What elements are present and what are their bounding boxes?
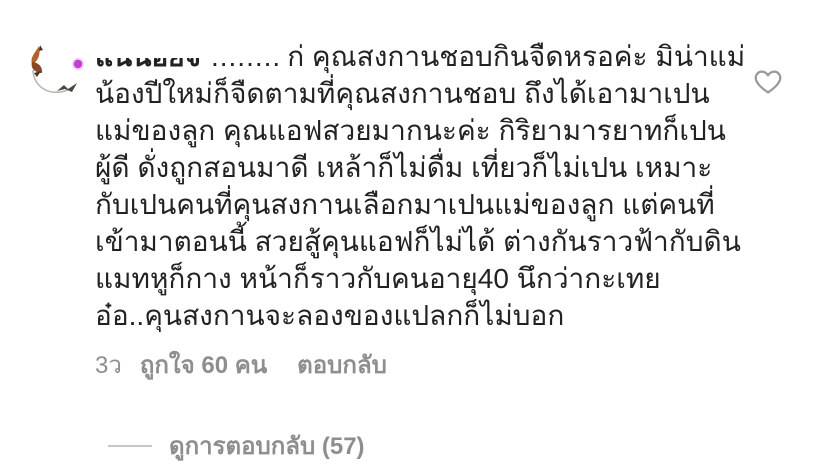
avatar-art-bird-brush-icon: [22, 42, 88, 108]
comment-line: แมทหูก็กาง หน้าก็ราวกับคนอายุ40 นึกว่ากะ…: [95, 260, 755, 297]
comment-text-block: แนนอยจ........ก่ คุณสงกานชอบกินจืดหรอค่ะ…: [95, 38, 755, 334]
reply-button[interactable]: ตอบกลับ: [297, 352, 387, 380]
comment-line: กับเปนคนที่คุนสงกานเลือกมาเปนแม่ของลูก แ…: [95, 186, 755, 223]
view-replies-button[interactable]: ดูการตอบกลับ (57): [95, 426, 755, 465]
comment-timestamp: 3ว: [95, 352, 122, 380]
comment-line: เข้ามาตอนนี้ สวยสู้คุนแอฟก็ไม่ได้ ต่างกั…: [95, 223, 755, 260]
heart-outline-icon: [752, 66, 784, 96]
like-heart-button[interactable]: [752, 66, 786, 98]
comment-line: อ๋อ..คุนสงกานจะลองของแปลกก็ไม่บอก: [95, 297, 755, 334]
comment-line: ผู้ดี ดั่งถูกสอนมาดี เหล้าก็ไม่ดื่ม เที่…: [95, 149, 755, 186]
avatar[interactable]: [22, 42, 88, 108]
comment-text: ก่ คุณสงกานชอบกินจืดหรอค่ะ มิน่าแม่: [287, 41, 745, 72]
username-redaction-overlay: [93, 35, 281, 58]
comment-meta-row: 3ว ถูกใจ 60 คน ตอบกลับ: [95, 352, 755, 380]
view-replies-label: ดูการตอบกลับ (57): [169, 426, 365, 465]
likes-count-button[interactable]: ถูกใจ 60 คน: [140, 352, 267, 380]
replies-divider: [108, 445, 152, 447]
comments-screen: แนนอยจ........ก่ คุณสงกานชอบกินจืดหรอค่ะ…: [0, 0, 828, 474]
comment-line: น้องปีใหม่ก็จืดตามที่คุณสงกานชอบ ถึงได้เ…: [95, 75, 755, 112]
comment-body: แนนอยจ........ก่ คุณสงกานชอบกินจืดหรอค่ะ…: [95, 38, 755, 465]
comment-line: แม่ของลูก คุณแอฟสวยมากนะค่ะ กิริยามารยาท…: [95, 112, 755, 149]
